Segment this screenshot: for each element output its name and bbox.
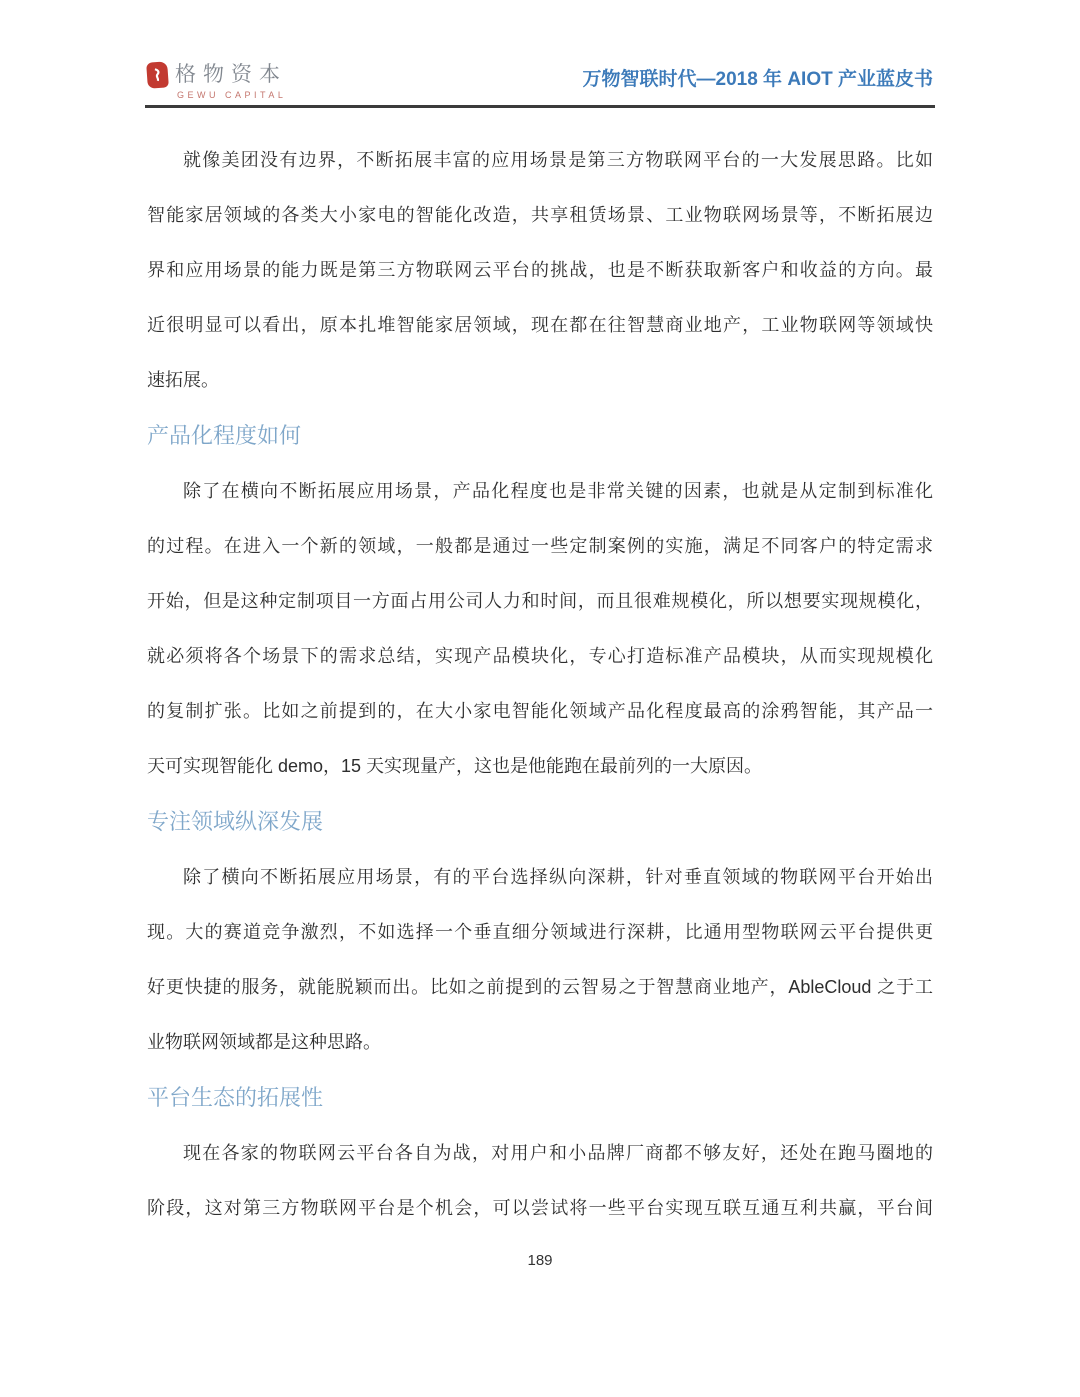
- body-text-line: 阶段，这对第三方物联网平台是个机会，可以尝试将一些平台实现互联互通互利共赢，平台…: [147, 1181, 933, 1236]
- logo-name: 格物资本: [175, 63, 287, 86]
- body-text-line: 的复制扩张。比如之前提到的，在大小家电智能化领域产品化程度最高的涂鸦智能，其产品…: [147, 684, 933, 739]
- body-text-line: 界和应用场景的能力既是第三方物联网云平台的挑战，也是不断获取新客户和收益的方向。…: [147, 243, 933, 298]
- seal-icon: [146, 61, 169, 88]
- paragraph-4: 现在各家的物联网云平台各自为战，对用户和小品牌厂商都不够友好，还处在跑马圈地的 …: [147, 1126, 933, 1236]
- document-title: 万物智联时代—2018 年 AIOT 产业蓝皮书: [583, 64, 934, 100]
- page-content: 就像美团没有边界，不断拓展丰富的应用场景是第三方物联网平台的一大发展思路。比如 …: [0, 108, 1080, 1269]
- page-header: 格物资本 GEWU CAPITAL 万物智联时代—2018 年 AIOT 产业蓝…: [0, 0, 1080, 100]
- body-text-line: 现。大的赛道竞争激烈，不如选择一个垂直细分领域进行深耕，比通用型物联网云平台提供…: [147, 905, 933, 960]
- section-heading-vertical-focus: 专注领域纵深发展: [147, 794, 933, 850]
- body-text-line: 现在各家的物联网云平台各自为战，对用户和小品牌厂商都不够友好，还处在跑马圈地的: [147, 1126, 933, 1181]
- paragraph-3: 除了横向不断拓展应用场景，有的平台选择纵向深耕，针对垂直领域的物联网平台开始出 …: [147, 850, 933, 1070]
- document-page: 格物资本 GEWU CAPITAL 万物智联时代—2018 年 AIOT 产业蓝…: [0, 0, 1080, 1397]
- section-heading-ecosystem: 平台生态的拓展性: [147, 1070, 933, 1126]
- body-text-line: 好更快捷的服务，就能脱颖而出。比如之前提到的云智易之于智慧商业地产，AbleCl…: [147, 960, 933, 1015]
- body-text-line: 智能家居领域的各类大小家电的智能化改造，共享租赁场景、工业物联网场景等，不断拓展…: [147, 188, 933, 243]
- body-text-line: 就像美团没有边界，不断拓展丰富的应用场景是第三方物联网平台的一大发展思路。比如: [147, 133, 933, 188]
- body-text-line: 开始，但是这种定制项目一方面占用公司人力和时间，而且很难规模化，所以想要实现规模…: [147, 574, 933, 629]
- paragraph-1: 就像美团没有边界，不断拓展丰富的应用场景是第三方物联网平台的一大发展思路。比如 …: [147, 133, 933, 408]
- body-text-line: 天可实现智能化 demo，15 天实现量产，这也是他能跑在最前列的一大原因。: [147, 739, 933, 794]
- body-text-line: 速拓展。: [147, 353, 933, 408]
- body-text-line: 的过程。在进入一个新的领域，一般都是通过一些定制案例的实施，满足不同客户的特定需…: [147, 519, 933, 574]
- body-text-line: 除了横向不断拓展应用场景，有的平台选择纵向深耕，针对垂直领域的物联网平台开始出: [147, 850, 933, 905]
- body-text-line: 业物联网领域都是这种思路。: [147, 1015, 933, 1070]
- body-text-line: 就必须将各个场景下的需求总结，实现产品模块化，专心打造标准产品模块，从而实现规模…: [147, 629, 933, 684]
- page-number: 189: [147, 1252, 933, 1269]
- body-text-line: 近很明显可以看出，原本扎堆智能家居领域，现在都在往智慧商业地产，工业物联网等领域…: [147, 298, 933, 353]
- body-text-line: 除了在横向不断拓展应用场景，产品化程度也是非常关键的因素，也就是从定制到标准化: [147, 464, 933, 519]
- logo-subtitle: GEWU CAPITAL: [177, 90, 287, 100]
- section-heading-productization: 产品化程度如何: [147, 408, 933, 464]
- page-footer: 189: [147, 1252, 933, 1269]
- logo: 格物资本 GEWU CAPITAL: [147, 62, 287, 100]
- paragraph-2: 除了在横向不断拓展应用场景，产品化程度也是非常关键的因素，也就是从定制到标准化 …: [147, 464, 933, 794]
